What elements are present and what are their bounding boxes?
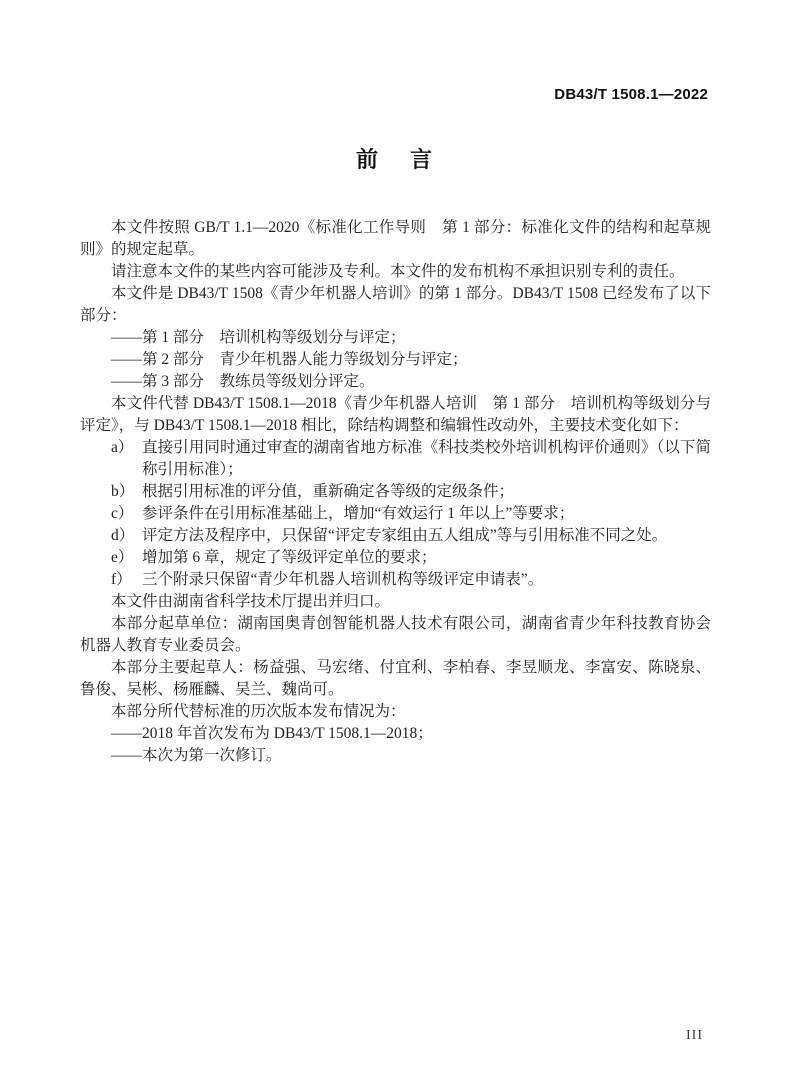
paragraph-patent-notice: 请注意本文件的某些内容可能涉及专利。本文件的发布机构不承担识别专利的责任。: [80, 261, 711, 283]
list-text-a: 直接引用同时通过审查的湖南省地方标准《科技类校外培训机构评价通则》（以下简称引用…: [142, 437, 711, 481]
list-item-e: e） 增加第 6 章，规定了等级评定单位的要求；: [80, 547, 711, 569]
dash-item-part-2: ——第 2 部分 青少年机器人能力等级划分与评定；: [80, 349, 711, 371]
list-item-d: d） 评定方法及程序中，只保留“评定专家组由五人组成”等与引用标准不同之处。: [80, 525, 711, 547]
list-item-b: b） 根据引用标准的评分值，重新确定各等级的定级条件；: [80, 481, 711, 503]
document-page: DB43/T 1508.1—2022 前 言 本文件按照 GB/T 1.1—20…: [0, 0, 788, 1081]
list-text-c: 参评条件在引用标准基础上，增加“有效运行 1 年以上”等要求；: [142, 503, 711, 525]
dash-item-first-release: ——2018 年首次发布为 DB43/T 1508.1—2018；: [80, 723, 711, 745]
list-text-b: 根据引用标准的评分值，重新确定各等级的定级条件；: [142, 481, 711, 503]
dash-item-part-1: ——第 1 部分 培训机构等级划分与评定；: [80, 327, 711, 349]
dash-item-first-revision: ——本次为第一次修订。: [80, 745, 711, 767]
paragraph-series-intro: 本文件是 DB43/T 1508《青少年机器人培训》的第 1 部分。DB43/T…: [80, 283, 711, 327]
list-text-f: 三个附录只保留“青少年机器人培训机构等级评定申请表”。: [142, 569, 711, 591]
list-item-f: f） 三个附录只保留“青少年机器人培训机构等级评定申请表”。: [80, 569, 711, 591]
paragraph-history-intro: 本部分所代替标准的历次版本发布情况为：: [80, 701, 711, 723]
dash-item-part-3: ——第 3 部分 教练员等级划分评定。: [80, 371, 711, 393]
paragraph-issuing-body: 本文件由湖南省科学技术厅提出并归口。: [80, 591, 711, 613]
paragraph-basis: 本文件按照 GB/T 1.1—2020《标准化工作导则 第 1 部分：标准化文件…: [80, 217, 711, 261]
foreword-body: 本文件按照 GB/T 1.1—2020《标准化工作导则 第 1 部分：标准化文件…: [80, 217, 711, 767]
list-marker-c: c）: [111, 503, 142, 525]
list-marker-d: d）: [111, 525, 142, 547]
list-marker-e: e）: [111, 547, 142, 569]
paragraph-drafting-orgs: 本部分起草单位：湖南国奥青创智能机器人技术有限公司，湖南省青少年科技教育协会机器…: [80, 613, 711, 657]
paragraph-drafters: 本部分主要起草人：杨益强、马宏绪、付宜利、李柏春、李昱顺龙、李富安、陈晓泉、鲁俊…: [80, 657, 711, 701]
list-item-a: a） 直接引用同时通过审查的湖南省地方标准《科技类校外培训机构评价通则》（以下简…: [80, 437, 711, 481]
page-title: 前 言: [0, 143, 788, 174]
list-item-c: c） 参评条件在引用标准基础上，增加“有效运行 1 年以上”等要求；: [80, 503, 711, 525]
paragraph-replacement: 本文件代替 DB43/T 1508.1—2018《青少年机器人培训 第 1 部分…: [80, 393, 711, 437]
list-marker-a: a）: [111, 437, 142, 481]
list-marker-f: f）: [111, 569, 142, 591]
standard-number: DB43/T 1508.1—2022: [554, 86, 708, 103]
list-text-e: 增加第 6 章，规定了等级评定单位的要求；: [142, 547, 711, 569]
list-text-d: 评定方法及程序中，只保留“评定专家组由五人组成”等与引用标准不同之处。: [142, 525, 711, 547]
page-number: III: [686, 1028, 703, 1044]
list-marker-b: b）: [111, 481, 142, 503]
